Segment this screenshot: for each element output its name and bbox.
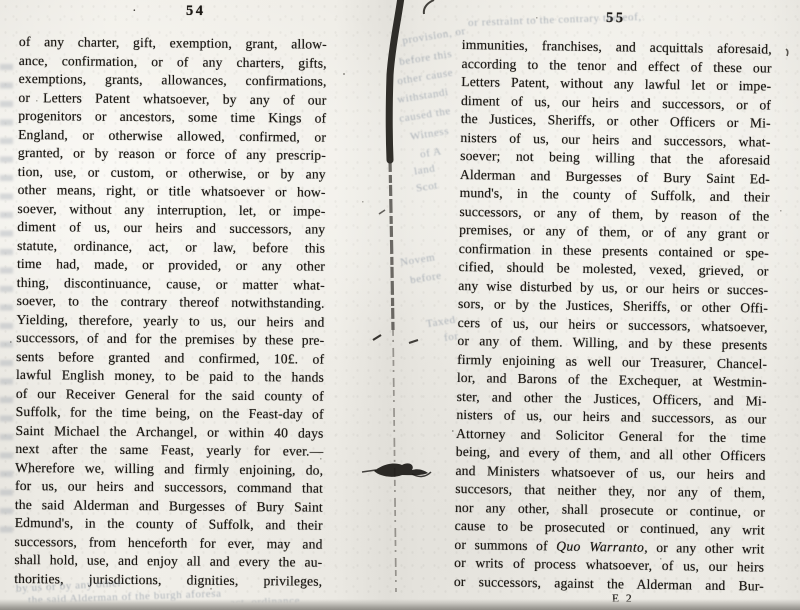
comma-mark <box>786 49 788 56</box>
text-line: exemptions, grants, allowances, confirma… <box>19 70 327 91</box>
ghost-bleedthrough-text: land <box>413 162 436 177</box>
left-page-text: of any charter, gift, exemption, grant, … <box>14 33 327 591</box>
header-dot-mark: · <box>132 4 137 20</box>
ghost-bleedthrough-text: provision, or <box>401 25 466 47</box>
book-scan: · 54 of any charter, gift, exemption, gr… <box>0 0 800 610</box>
page-number-54: 54 <box>186 3 206 20</box>
text-line: Suffolk, for the time being, on the Feas… <box>16 403 324 424</box>
stray-tick-right <box>409 340 418 343</box>
ghost-bleedthrough-text: act, ordinance, <box>230 595 304 610</box>
stray-tick-small <box>379 210 385 214</box>
ghost-bleedthrough-text: for <box>443 330 459 344</box>
text-line: diment of us, our heirs and successors, … <box>17 218 325 239</box>
text-line: shall hold, use, and enjoy all and every… <box>14 551 322 572</box>
text-line: progenitors or ancestors, some time King… <box>18 107 326 128</box>
ghost-bleedthrough-text: Scot <box>415 179 439 194</box>
ghost-bleedthrough-text: before this <box>398 48 453 68</box>
left-margin-bleedthrough <box>0 64 13 544</box>
text-line: successors, of and for the premises by t… <box>16 329 324 350</box>
gutter-shadow-bottom <box>393 330 396 592</box>
text-line: or successors, against the Alderman and … <box>454 572 764 595</box>
right-page-text: immunities, franchises, and acquittals a… <box>454 36 772 596</box>
ink-blot-tail-left <box>362 470 376 472</box>
signature-mark: E 2 <box>612 593 634 605</box>
ink-blot <box>374 463 428 476</box>
text-line: for us, our heirs and successors, comman… <box>15 477 323 498</box>
ghost-bleedthrough-text: other cause <box>396 67 454 88</box>
stray-tick-left <box>373 335 381 340</box>
text-line: soever, to the contrary thereof notwiths… <box>17 292 325 313</box>
gutter-shadow-mid <box>390 158 393 330</box>
text-line: of any charter, gift, exemption, grant, … <box>19 33 327 54</box>
ghost-bleedthrough-text: withstandi <box>396 86 449 106</box>
text-line: time had, made, or provided, or any othe… <box>17 255 325 276</box>
text-line: granted, or by reason or force of any pr… <box>18 144 326 165</box>
ink-blot-tail-right <box>412 472 431 476</box>
text-line: other means, right, or title whatsoever … <box>18 181 326 202</box>
ghost-bleedthrough-text: Novem <box>399 251 436 268</box>
ghost-bleedthrough-text: caused the <box>398 105 451 125</box>
pen-hook-mark <box>424 0 434 14</box>
ghost-bleedthrough-text: Witness <box>409 125 450 143</box>
ghost-bleedthrough-text: of A <box>419 145 442 160</box>
text-line: next after the same Feast, yearly for ev… <box>15 440 323 461</box>
text-line: lawful English money, to be paid to the … <box>16 366 324 387</box>
text-line: Edmund's, in the county of Suffolk, and … <box>15 514 323 535</box>
ghost-bleedthrough-text: before <box>409 270 442 287</box>
ghost-bleedthrough-text: Taxed <box>425 314 456 331</box>
